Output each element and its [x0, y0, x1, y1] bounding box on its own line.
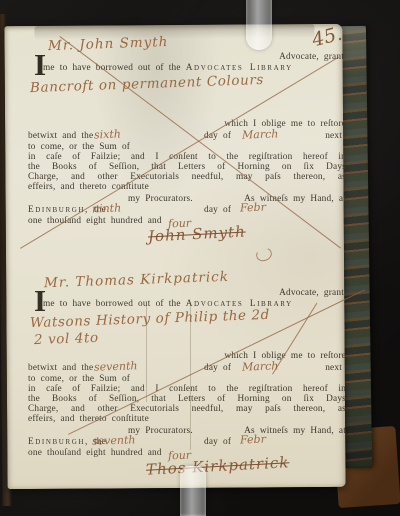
form-procurators: my Procurators.	[128, 195, 193, 204]
form-failzie-4: effeirs, and thereto conſtitute	[28, 415, 149, 424]
library-name: Advocates Library	[186, 63, 293, 73]
form-day-of: day of	[204, 364, 231, 373]
signed-day: seventh	[92, 434, 136, 447]
form-failzie-2: the Books of Seſſion, that Letters of Ho…	[28, 395, 346, 404]
form-year-line: one thouſand eight hundred and	[28, 217, 162, 226]
return-day: seventh	[94, 360, 138, 373]
page-restraint-strap-bottom	[180, 466, 206, 516]
form-day-of: day of	[204, 132, 231, 141]
signed-day: ninth	[92, 202, 122, 214]
form-failzie-4: effeirs, and thereto conſtitute	[28, 183, 149, 192]
register-entry-2: I Mr. Thomas Kirkpatrick Advocate, grant…	[28, 272, 346, 482]
return-month: March	[242, 128, 279, 140]
form-failzie-1: in caſe of Failzie; and I conſent to the…	[28, 153, 346, 162]
book-title-line2: 2 vol 4to	[34, 332, 99, 348]
form-betwixt: betwixt and the	[28, 132, 93, 141]
form-grant: Advocate, grant	[279, 289, 344, 298]
borrower-name: Mr. John Smyth	[48, 36, 169, 54]
form-procurators: my Procurators.	[128, 427, 193, 436]
cancellation-stroke	[272, 303, 318, 375]
borrower-signature: John Smyth	[148, 224, 246, 244]
return-day: sixth	[94, 129, 121, 141]
form-failzie-1: in caſe of Failzie; and I conſent to the…	[28, 385, 346, 394]
register-entry-1: I Mr. John Smyth Advocate, grant me to h…	[28, 36, 346, 250]
book-photograph: 45. I Mr. John Smyth Advocate, grant me …	[0, 0, 400, 516]
form-to-come: to come, or the Sum of	[28, 375, 130, 384]
signed-month: Febr	[240, 434, 266, 446]
form-failzie-3: Charge, and other Executorials needful, …	[28, 405, 346, 414]
form-year-line: one thouſand eight hundred and	[28, 449, 162, 458]
form-betwixt: betwixt and the	[28, 364, 93, 373]
form-grant: Advocate, grant	[279, 53, 344, 62]
form-day-of: day of	[204, 438, 231, 447]
form-day-of: day of	[204, 206, 231, 215]
borrower-name: Mr. Thomas Kirkpatrick	[44, 271, 229, 291]
return-month: March	[242, 360, 279, 372]
book-title: Watsons History of Philip the 2d	[30, 309, 270, 331]
book-title: Bancroft on permanent Colours	[30, 74, 264, 96]
form-failzie-2: the Books of Seſſion, that Letters of Ho…	[28, 163, 346, 172]
form-failzie-3: Charge, and other Executorials needful, …	[28, 173, 346, 182]
page-restraint-strap-top	[246, 0, 272, 50]
form-next: next	[325, 364, 342, 373]
borrower-signature: Thos Kirkpatrick	[146, 455, 290, 477]
signed-month: Febr	[240, 202, 266, 214]
form-next: next	[325, 132, 342, 141]
form-to-come: to come, or the Sum of	[28, 143, 130, 152]
